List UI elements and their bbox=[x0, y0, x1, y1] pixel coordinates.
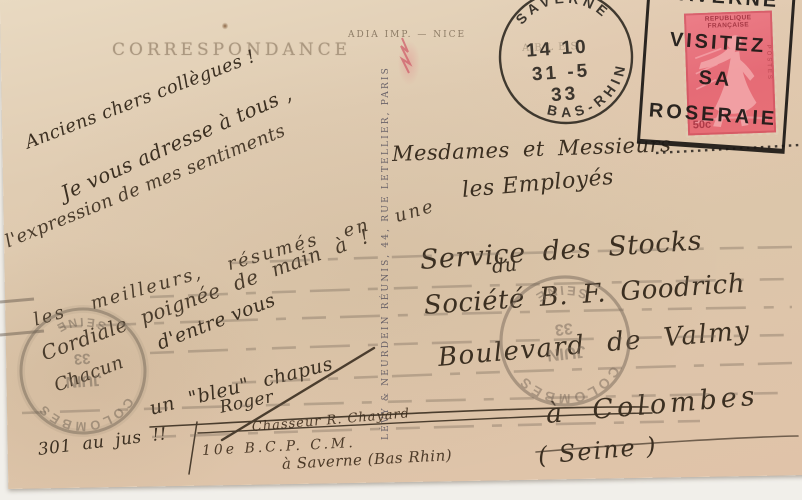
address-line-4: Service des Stocks bbox=[419, 225, 703, 276]
address-line-5: Société B. F. Goodrich bbox=[423, 269, 746, 321]
svg-text:BAS-RHIN: BAS-RHIN bbox=[542, 59, 633, 122]
address-line-7: à Colombes bbox=[545, 380, 760, 429]
cds-year: 33 bbox=[550, 83, 579, 106]
postcard-scan: CORRESPONDANCE ADIA IMP. — NICE LÉVY & N… bbox=[0, 0, 802, 500]
slogan-line: SAVERNE bbox=[650, 0, 793, 14]
paper-fleck bbox=[222, 22, 228, 30]
address-line-1: Mesdames et Messieurs bbox=[392, 132, 672, 166]
cds-date: 31 -5 bbox=[531, 60, 591, 85]
postcard-content: CORRESPONDANCE ADIA IMP. — NICE LÉVY & N… bbox=[0, 0, 802, 500]
address-line-8: ( Seine ) bbox=[537, 432, 659, 470]
tally-note: 301 au jus !! bbox=[37, 424, 168, 460]
cds-town: SAVERNE bbox=[511, 0, 615, 28]
slogan-cancel: SAVERNE VISITEZ SA ROSERAIE bbox=[637, 0, 796, 154]
slogan-line: ROSERAIE bbox=[641, 99, 784, 132]
svg-text:SAVERNE: SAVERNE bbox=[511, 0, 615, 28]
publisher-imprint: LÉVY & NEURDEIN RÉUNIS, 44, RUE LETELLIE… bbox=[381, 66, 391, 440]
saverne-datestamp: SAVERNE BAS-RHIN 14 10 31 -5 33 bbox=[478, 0, 658, 152]
cds-department: BAS-RHIN bbox=[542, 59, 633, 122]
message-line-1: Anciens chers collègues ! bbox=[22, 46, 258, 153]
slogan-line: SA bbox=[644, 63, 787, 96]
show-through-text: ABLES bbox=[522, 41, 583, 54]
address-line-6: Boulevard de Valmy bbox=[437, 316, 752, 373]
address-line-2: les Employés bbox=[461, 165, 615, 203]
slogan-line: VISITEZ bbox=[646, 27, 789, 60]
red-crayon-smudge bbox=[390, 34, 428, 106]
